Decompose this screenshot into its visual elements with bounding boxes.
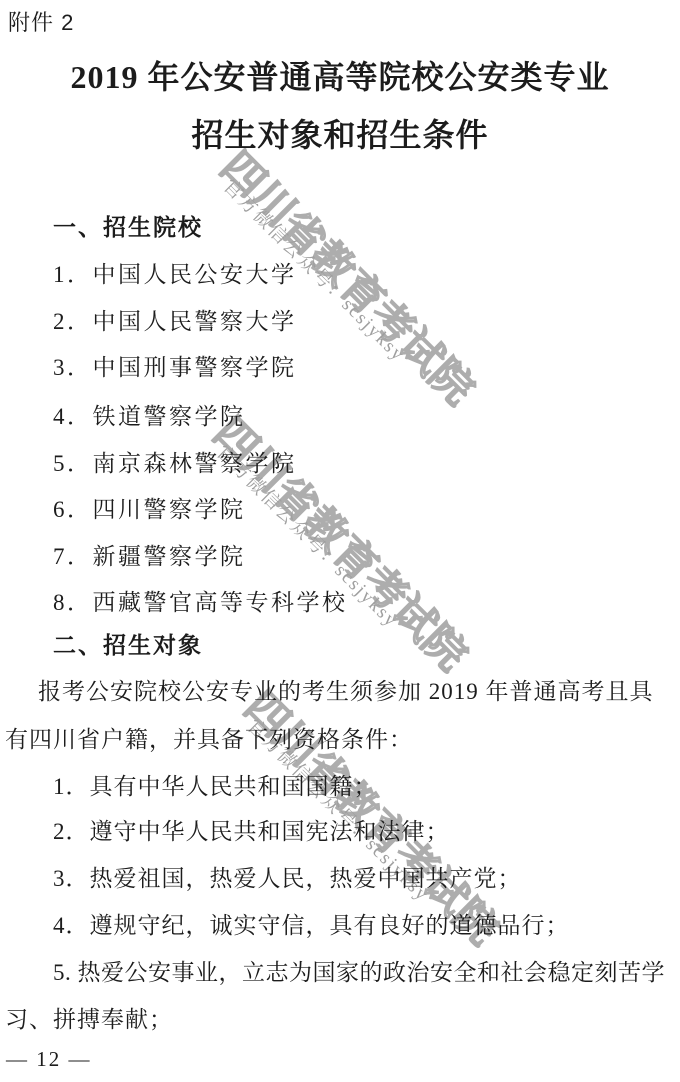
document-title-line2: 招生对象和招生条件 (0, 110, 680, 156)
condition-item-4: 4．遵规守纪，诚实守信，具有良好的道德品行； (53, 907, 570, 940)
condition-item-2: 2．遵守中华人民共和国宪法和法律； (53, 813, 450, 846)
school-item-5: 5．南京森林警察学院 (53, 445, 297, 478)
section2-intro-line1: 报考公安院校公安专业的考生须参加 2019 年普通高考且具 (38, 673, 654, 706)
attachment-label: 附件 2 (8, 6, 74, 37)
school-item-2: 2．中国人民警察大学 (53, 303, 297, 336)
condition-item-5: 5. 热爱公安事业，立志为国家的政治安全和社会稳定刻苦学 (53, 954, 665, 987)
condition-item-3: 3．热爱祖国，热爱人民，热爱中国共产党； (53, 860, 522, 893)
condition-item-1: 1．具有中华人民共和国国籍； (53, 768, 378, 801)
school-item-6: 6．四川警察学院 (53, 491, 246, 524)
page-number: — 12 — (6, 1047, 92, 1072)
school-item-8: 8．西藏警官高等专科学校 (53, 584, 348, 617)
school-item-1: 1．中国人民公安大学 (53, 256, 297, 289)
section1-heading: 一、招生院校 (53, 209, 203, 242)
document-page: 四川省教育考试院 官方微信公众号：scsjyksy 四川省教育考试院 官方微信公… (0, 0, 680, 1082)
school-item-3: 3．中国刑事警察学院 (53, 349, 297, 382)
section2-intro-line2: 有四川省户籍，并具备下列资格条件： (5, 721, 413, 754)
condition-5-continuation: 习、拼搏奉献； (5, 1001, 173, 1034)
school-item-7: 7．新疆警察学院 (53, 538, 246, 571)
document-title-line1: 2019 年公安普通高等院校公安类专业 (0, 52, 680, 98)
school-item-4: 4．铁道警察学院 (53, 398, 246, 431)
section2-heading: 二、招生对象 (53, 627, 203, 660)
